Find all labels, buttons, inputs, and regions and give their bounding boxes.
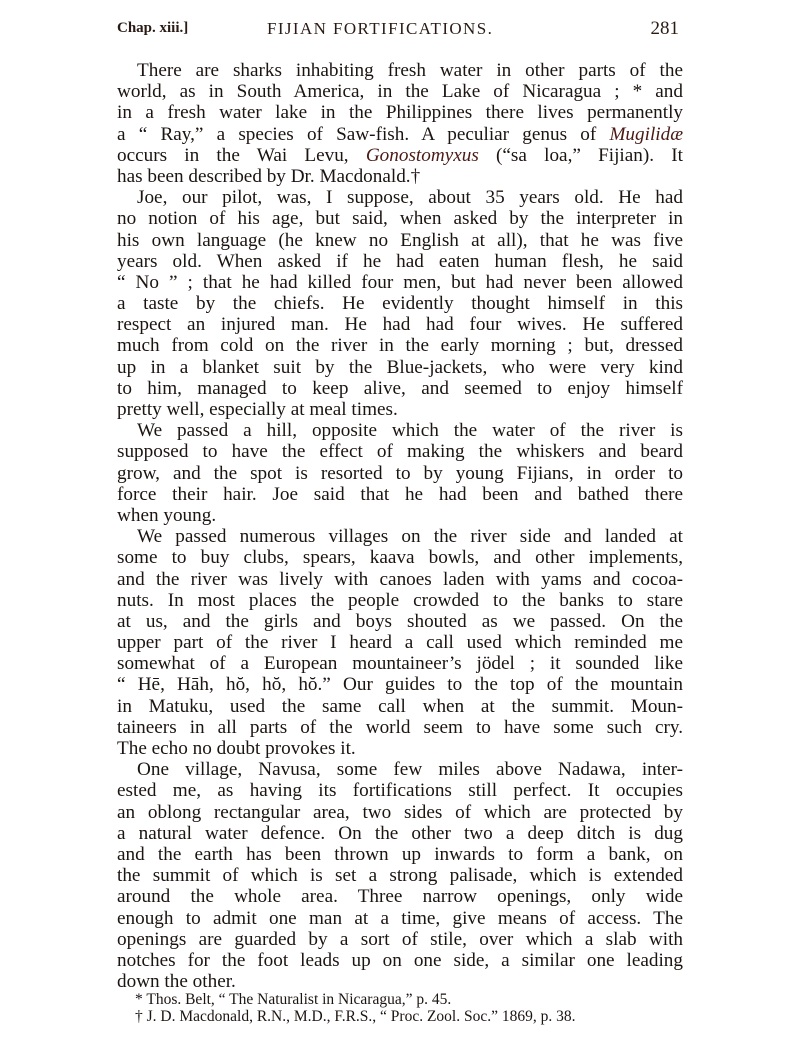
text-line: to him, managed to keep alive, and seeme…: [117, 378, 683, 399]
paragraph-first-line: Joe, our pilot, was, I suppose, about 35…: [117, 187, 683, 208]
text-line: “ No ” ; that he had killed four men, bu…: [117, 272, 683, 293]
text-segment: (“sa loa,” Fijian). It: [479, 145, 683, 166]
text-segment: occurs in the Wai Levu,: [117, 145, 366, 166]
paragraph-first-line: There are sharks inhabiting fresh water …: [117, 60, 683, 81]
text-line: at us, and the girls and boys shouted as…: [117, 611, 683, 632]
text-line: has been described by Dr. Macdonald.†: [117, 166, 683, 187]
italic-term: Mugilidæ: [609, 124, 683, 145]
text-line: grow, and the spot is resorted to by you…: [117, 463, 683, 484]
italic-term: Gonostomyxus: [366, 145, 479, 166]
page-title: FIJIAN FORTIFICATIONS.: [267, 19, 493, 39]
text-line: when young.: [117, 505, 683, 526]
paragraph-first-line: One village, Navusa, some few miles abov…: [117, 759, 683, 780]
running-head: Chap. xiii.] FIJIAN FORTIFICATIONS. 281: [117, 18, 683, 42]
text-line: taineers in all parts of the world seem …: [117, 717, 683, 738]
text-line: upper part of the river I heard a call u…: [117, 632, 683, 653]
text-line: supposed to have the effect of making th…: [117, 441, 683, 462]
text-line: openings are guarded by a sort of stile,…: [117, 929, 683, 950]
text-line: respect an injured man. He had had four …: [117, 314, 683, 335]
footnote: † J. D. Macdonald, R.N., M.D., F.R.S., “…: [135, 1008, 695, 1025]
text-line: much from cold on the river in the early…: [117, 335, 683, 356]
text-line: pretty well, especially at meal times.: [117, 399, 683, 420]
text-segment: a “ Ray,” a species of Saw-fish. A pecul…: [117, 124, 609, 145]
text-line: a “ Ray,” a species of Saw-fish. A pecul…: [117, 124, 683, 145]
text-line: world, as in South America, in the Lake …: [117, 81, 683, 102]
text-line: in Matuku, used the same call when at th…: [117, 696, 683, 717]
text-line: some to buy clubs, spears, kaava bowls, …: [117, 547, 683, 568]
text-line: no notion of his age, but said, when ask…: [117, 208, 683, 229]
text-line: “ Hē, Hāh, hŏ, hŏ, hŏ.” Our guides to th…: [117, 674, 683, 695]
chapter-label: Chap. xiii.]: [117, 20, 188, 37]
text-line: notches for the foot leads up on one sid…: [117, 950, 683, 971]
text-line: a natural water defence. On the other tw…: [117, 823, 683, 844]
page-number: 281: [651, 18, 680, 40]
text-line: nuts. In most places the people crowded …: [117, 590, 683, 611]
text-line: an oblong rectangular area, two sides of…: [117, 802, 683, 823]
text-line: up in a blanket suit by the Blue-jackets…: [117, 357, 683, 378]
text-line: and the earth has been thrown up inwards…: [117, 844, 683, 865]
paragraph-first-line: We passed numerous villages on the river…: [117, 526, 683, 547]
text-line: occurs in the Wai Levu, Gonostomyxus (“s…: [117, 145, 683, 166]
text-line: force their hair. Joe said that he had b…: [117, 484, 683, 505]
text-line: around the whole area. Three narrow open…: [117, 886, 683, 907]
text-line: somewhat of a European mountaineer’s jöd…: [117, 653, 683, 674]
body-text: There are sharks inhabiting fresh water …: [117, 60, 683, 992]
text-line: The echo no doubt provokes it.: [117, 738, 683, 759]
footnote: * Thos. Belt, “ The Naturalist in Nicara…: [135, 991, 695, 1008]
text-line: ested me, as having its fortifications s…: [117, 780, 683, 801]
text-line: the summit of which is set a strong pali…: [117, 865, 683, 886]
text-line: years old. When asked if he had eaten hu…: [117, 251, 683, 272]
text-line: in a fresh water lake in the Philippines…: [117, 102, 683, 123]
text-line: his own language (he knew no English at …: [117, 230, 683, 251]
text-line: down the other.: [117, 971, 683, 992]
paragraph-first-line: We passed a hill, opposite which the wat…: [117, 420, 683, 441]
text-line: enough to admit one man at a time, give …: [117, 908, 683, 929]
text-line: and the river was lively with canoes lad…: [117, 569, 683, 590]
text-line: a taste by the chiefs. He evidently thou…: [117, 293, 683, 314]
footnotes: * Thos. Belt, “ The Naturalist in Nicara…: [135, 991, 695, 1025]
book-page: Chap. xiii.] FIJIAN FORTIFICATIONS. 281 …: [0, 0, 800, 1050]
